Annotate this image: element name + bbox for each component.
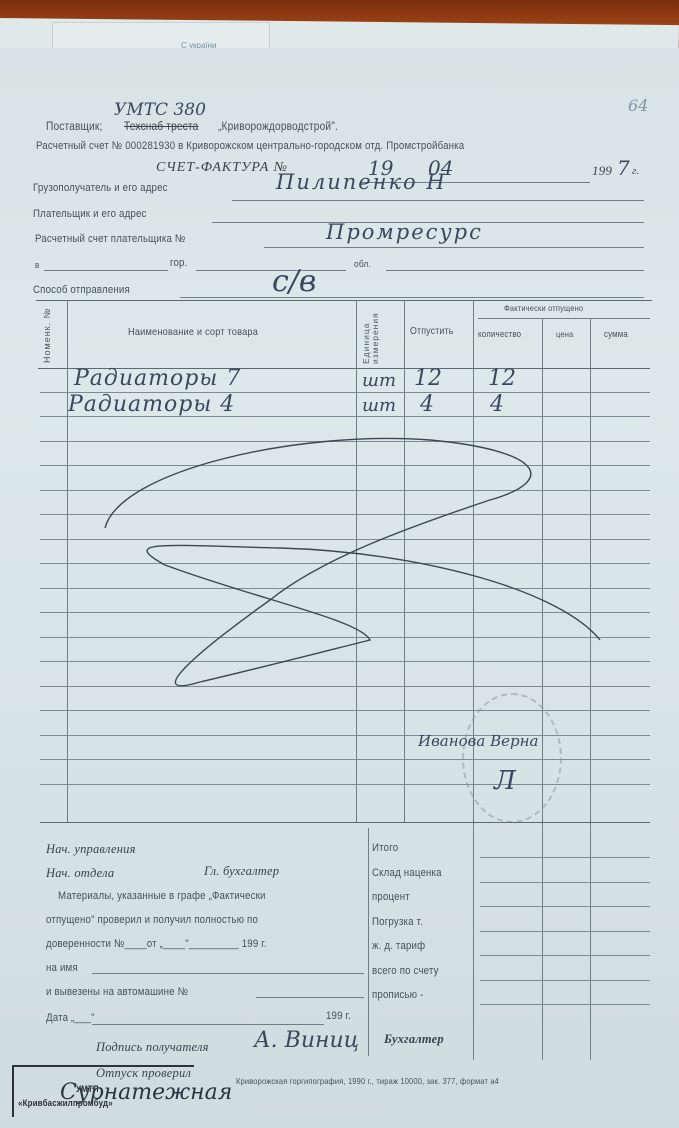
totals-label: процент: [372, 891, 410, 903]
table-row: [40, 490, 650, 491]
date-label: Дата „___": [46, 1012, 95, 1024]
materials-text-2: отпущено" проверил и получил полностью п…: [46, 914, 258, 926]
table-row: [40, 686, 650, 687]
header-release: Отпустить: [410, 326, 453, 337]
header-actual-group: Фактически отпущено: [504, 303, 583, 313]
header-item-no: Номенк. №: [42, 308, 52, 363]
table-bottom-border: [40, 822, 650, 823]
totals-line: [480, 1004, 650, 1005]
materials-text-4: на имя: [46, 962, 78, 974]
released-checked-label: Отпуск проверил: [96, 1066, 191, 1081]
page-number: 64: [628, 96, 648, 115]
table-row: [40, 416, 650, 417]
table-row: [40, 612, 650, 613]
year-g: г.: [632, 165, 639, 177]
header-price: цена: [556, 329, 573, 339]
totals-line: [480, 955, 650, 956]
materials-text-5: и вывезены на автомашине №: [46, 986, 188, 998]
col-divider-5: [542, 318, 543, 1060]
consignee-value[interactable]: Пилипенко Н: [276, 170, 447, 194]
header-sum: сумма: [604, 329, 628, 339]
materials-text-1: Материалы, указанные в графе „Фактически: [58, 890, 266, 902]
totals-label: ж. д. тариф: [372, 940, 425, 952]
table-row: [40, 588, 650, 589]
totals-label: прописью -: [372, 989, 423, 1001]
totals-line: [480, 931, 650, 932]
recipient-signature-label: Подпись получателя: [96, 1040, 209, 1055]
recipient-signature[interactable]: А. Виниц: [254, 1028, 359, 1053]
col-divider-3: [404, 300, 405, 822]
table-row: [40, 637, 650, 638]
totals-label: Погрузка т.: [372, 916, 423, 928]
table-row: [40, 661, 650, 662]
totals-line: [480, 980, 650, 981]
head-of-department: Нач. отдела: [46, 866, 114, 881]
table-row: [40, 465, 650, 466]
row-2-release[interactable]: 4: [420, 392, 434, 417]
totals-label: Склад наценка: [372, 867, 442, 879]
table-row: [40, 441, 650, 442]
date-year: 199 г.: [326, 1010, 351, 1022]
actual-group-divider: [478, 318, 650, 319]
name-line: [92, 973, 364, 974]
city-prefix: в: [35, 260, 39, 270]
col-divider-1: [67, 300, 68, 822]
footer-divider: [368, 828, 369, 1056]
region-label: обл.: [354, 259, 371, 270]
chief-accountant: Гл. бухгалтер: [204, 864, 279, 879]
invoice-title: СЧЕТ-ФАКТУРА №: [156, 160, 288, 176]
row-1-qty[interactable]: 12: [488, 366, 516, 391]
supplier-struck: Техснаб треста: [124, 121, 198, 133]
shipping-value[interactable]: с/в: [272, 264, 316, 299]
shipping-line: [180, 297, 644, 298]
checker-signature[interactable]: Сурнатежная: [60, 1080, 232, 1105]
header-name: Наименование и сорт товара: [128, 326, 258, 338]
table-row: [40, 514, 650, 515]
head-of-management: Нач. управления: [46, 842, 136, 857]
year-prefix: 199: [592, 163, 612, 179]
city2-line: [196, 270, 346, 271]
row-1-unit[interactable]: шт: [362, 370, 396, 391]
table-row: [40, 539, 650, 540]
stamp-initial: Л: [494, 766, 516, 796]
supplier-label: Поставщик;: [46, 121, 102, 133]
vehicle-line: [256, 997, 364, 998]
row-2-unit[interactable]: шт: [362, 395, 396, 416]
payer-label: Плательщик и его адрес: [33, 208, 147, 220]
official-stamp: [462, 693, 562, 823]
col-divider-2: [356, 300, 357, 822]
totals-line: [480, 882, 650, 883]
totals-label: Итого: [372, 842, 398, 854]
table-row: [40, 563, 650, 564]
payer-account-value[interactable]: Промресурс: [326, 220, 483, 244]
totals-label: всего по счету: [372, 965, 439, 977]
col-divider-4: [473, 300, 474, 1060]
stamp-note: Иванова Верна: [418, 732, 538, 750]
table-top-border: [36, 300, 652, 301]
accountant-label: Бухгалтер: [384, 1032, 444, 1047]
consignee-label: Грузополучатель и его адрес: [33, 182, 168, 194]
year-suffix: 7: [617, 156, 630, 180]
payer-account-label: Расчетный счет плательщика №: [35, 233, 185, 245]
supplier-name: „Криворождорводстрой".: [218, 121, 338, 133]
row-1-name[interactable]: Радиаторы 7: [74, 366, 241, 391]
handwritten-stamp-code: УМТС 380: [114, 100, 206, 120]
date-line: [92, 1024, 324, 1025]
city-line: [44, 270, 168, 271]
totals-line: [480, 857, 650, 858]
row-2-name[interactable]: Радиаторы 4: [68, 392, 235, 417]
printer-line: Криворожская горгипография, 1990 г., тир…: [236, 1076, 499, 1086]
row-1-release[interactable]: 12: [414, 366, 442, 391]
header-qty: количество: [478, 329, 521, 339]
payer-account-line: [264, 247, 644, 248]
table-row: [40, 784, 650, 785]
city-label: гор.: [170, 257, 187, 269]
region-line: [386, 270, 644, 271]
header-unit: Единица измерения: [362, 300, 380, 364]
consignee-line: [232, 200, 644, 201]
materials-text-3: доверенности №____от „____"_________ 199…: [46, 938, 267, 950]
account-line: Расчетный счет № 000281930 в Криворожско…: [36, 140, 464, 152]
row-2-qty[interactable]: 4: [490, 392, 504, 417]
col-divider-6: [590, 318, 591, 1060]
table-row: [40, 710, 650, 711]
totals-line: [480, 906, 650, 907]
shipping-label: Способ отправления: [33, 284, 130, 296]
